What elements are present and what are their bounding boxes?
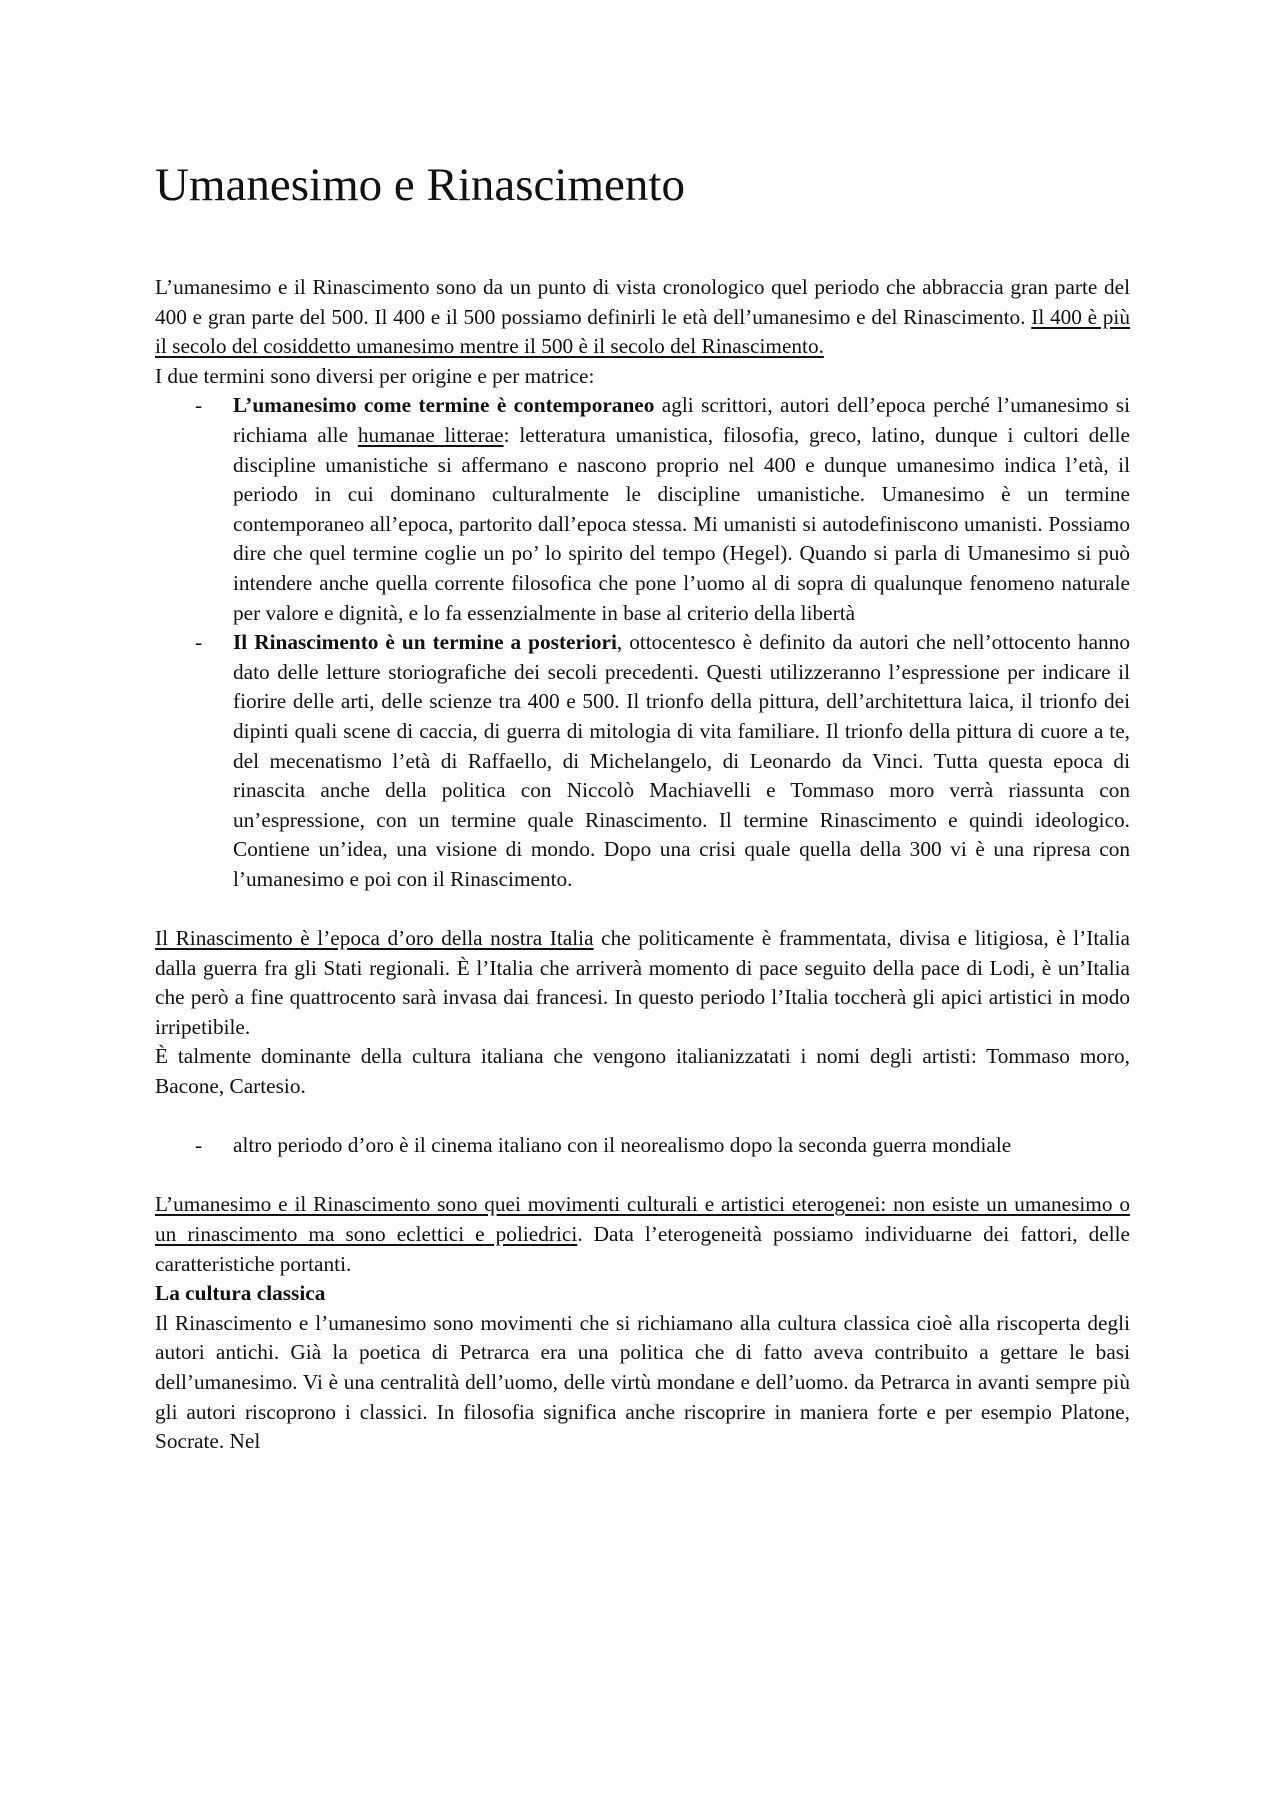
cultura-classica-paragraph: Il Rinascimento e l’umanesimo sono movim… xyxy=(155,1309,1130,1457)
spacer xyxy=(155,894,1130,924)
list-text: , ottocentesco è definito da autori che … xyxy=(233,630,1130,891)
list-text: : letteratura umanistica, filosofia, gre… xyxy=(233,423,1130,625)
italia-paragraph: Il Rinascimento è l’epoca d’oro della no… xyxy=(155,924,1130,1042)
terms-intro: I due termini sono diversi per origine e… xyxy=(155,362,1130,392)
intro-paragraph: L’umanesimo e il Rinascimento sono da un… xyxy=(155,273,1130,362)
document-title: Umanesimo e Rinascimento xyxy=(155,155,685,215)
terms-list: -L’umanesimo come termine è contemporane… xyxy=(155,391,1130,894)
list-item-umanesimo: -L’umanesimo come termine è contemporane… xyxy=(233,391,1130,628)
dash-bullet-icon: - xyxy=(195,1131,202,1161)
dash-bullet-icon: - xyxy=(195,628,202,658)
bold-phrase: Il Rinascimento è un termine a posterior… xyxy=(233,630,617,654)
list-text: altro periodo d’oro è il cinema italiano… xyxy=(233,1133,1011,1157)
dominante-paragraph: È talmente dominante della cultura itali… xyxy=(155,1042,1130,1101)
dash-bullet-icon: - xyxy=(195,391,202,421)
bold-phrase: L’umanesimo come termine è contemporaneo xyxy=(233,393,654,417)
list-item-rinascimento: -Il Rinascimento è un termine a posterio… xyxy=(233,628,1130,894)
spacer xyxy=(155,1161,1130,1191)
intro-text: L’umanesimo e il Rinascimento sono da un… xyxy=(155,275,1130,329)
document-body: L’umanesimo e il Rinascimento sono da un… xyxy=(155,273,1130,1457)
section-heading: La cultura classica xyxy=(155,1279,1130,1309)
spacer xyxy=(155,1102,1130,1132)
underlined-phrase: Il Rinascimento è l’epoca d’oro della no… xyxy=(155,926,594,950)
underlined-phrase: humanae litterae xyxy=(358,423,504,447)
list-item-cinema: -altro periodo d’oro è il cinema italian… xyxy=(233,1131,1130,1161)
cinema-list: -altro periodo d’oro è il cinema italian… xyxy=(155,1131,1130,1161)
eterogenei-paragraph: L’umanesimo e il Rinascimento sono quei … xyxy=(155,1190,1130,1279)
